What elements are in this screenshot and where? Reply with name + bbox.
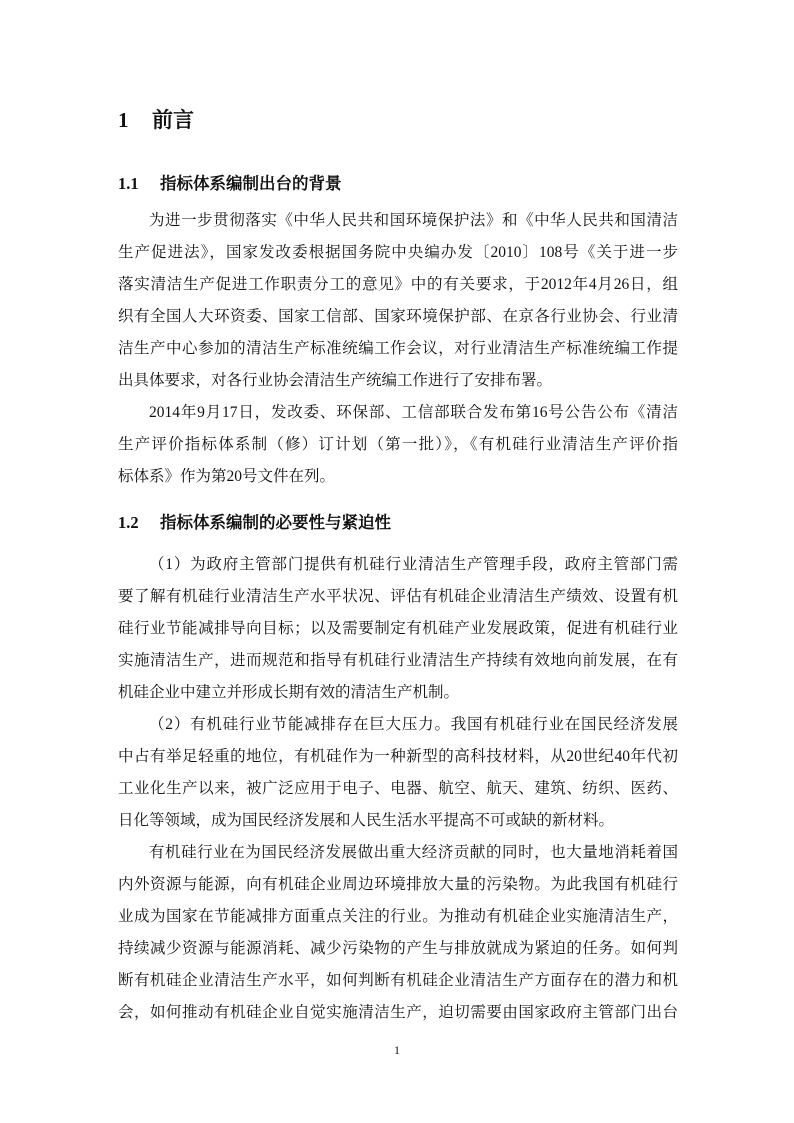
section-title: 指标体系编制出台的背景 bbox=[160, 174, 342, 193]
chapter-heading: 1前言 bbox=[118, 104, 194, 134]
text-line: 织有全国人大环资委、国家工信部、国家环境保护部、在京各行业协会、行业清 bbox=[118, 307, 678, 327]
text-line: （2）有机硅行业节能减排存在巨大压力。我国有机硅行业在国民经济发展 bbox=[149, 715, 678, 735]
section-number: 1.2 bbox=[118, 513, 160, 533]
text-line: 生产评价指标体系制（修）订计划（第一批）》，《有机硅行业清洁生产评价指 bbox=[118, 435, 678, 455]
text-line: 业成为国家在节能减排方面重点关注的行业。为推动有机硅企业实施清洁生产， bbox=[118, 907, 678, 927]
document-page: 1前言 1.1指标体系编制出台的背景 为进一步贯彻落实《中华人民共和国环境保护法… bbox=[0, 0, 794, 1123]
text-line: 生产促进法》，国家发改委根据国务院中央编办发〔2010〕108号《关于进一步 bbox=[118, 243, 678, 263]
chapter-number: 1 bbox=[118, 108, 152, 133]
text-line: 内外资源与能源，向有机硅企业周边环境排放大量的污染物。为此我国有机硅行 bbox=[118, 875, 678, 895]
text-line: 2014年9月17日，发改委、环保部、工信部联合发布第16号公告公布《清洁 bbox=[149, 403, 678, 423]
text-line: 中占有举足轻重的地位，有机硅作为一种新型的高科技材料，从20世纪40年代初 bbox=[118, 747, 678, 767]
text-line: 日化等领域，成为国民经济发展和人民生活水平提高不可或缺的新材料。 bbox=[118, 811, 678, 831]
text-line: 断有机硅企业清洁生产水平，如何判断有机硅企业清洁生产方面存在的潜力和机 bbox=[118, 971, 678, 991]
section-title: 指标体系编制的必要性与紧迫性 bbox=[160, 513, 391, 532]
text-line: 工业化生产以来，被广泛应用于电子、电器、航空、航天、建筑、纺织、医药、 bbox=[118, 779, 678, 799]
text-line: 要了解有机硅行业清洁生产水平状况、评估有机硅企业清洁生产绩效、设置有机 bbox=[118, 587, 678, 607]
section-number: 1.1 bbox=[118, 174, 160, 194]
text-line: 为进一步贯彻落实《中华人民共和国环境保护法》和《中华人民共和国清洁 bbox=[149, 211, 678, 231]
text-line: 出具体要求，对各行业协会清洁生产统编工作进行了安排布署。 bbox=[118, 371, 678, 391]
text-line: 落实清洁生产促进工作职责分工的意见》中的有关要求，于2012年4月26日，组 bbox=[118, 275, 678, 295]
text-line: （1）为政府主管部门提供有机硅行业清洁生产管理手段，政府主管部门需 bbox=[149, 555, 678, 575]
text-line: 会，如何推动有机硅企业自觉实施清洁生产，迫切需要由国家政府主管部门出台 bbox=[118, 1003, 678, 1023]
chapter-title: 前言 bbox=[152, 108, 194, 132]
text-line: 实施清洁生产，进而规范和指导有机硅行业清洁生产持续有效地向前发展，在有 bbox=[118, 651, 678, 671]
text-line: 有机硅行业在为国民经济发展做出重大经济贡献的同时，也大量地消耗着国 bbox=[149, 843, 678, 863]
text-line: 标体系》作为第20号文件在列。 bbox=[118, 467, 678, 487]
text-line: 持续减少资源与能源消耗、减少污染物的产生与排放就成为紧迫的任务。如何判 bbox=[118, 939, 678, 959]
page-number: 1 bbox=[0, 1043, 794, 1058]
section-heading-1-2: 1.2指标体系编制的必要性与紧迫性 bbox=[118, 509, 391, 533]
text-line: 洁生产中心参加的清洁生产标准统编工作会议，对行业清洁生产标准统编工作提 bbox=[118, 339, 678, 359]
section-heading-1-1: 1.1指标体系编制出台的背景 bbox=[118, 170, 342, 194]
text-line: 机硅企业中建立并形成长期有效的清洁生产机制。 bbox=[118, 683, 678, 703]
text-line: 硅行业节能减排导向目标；以及需要制定有机硅产业发展政策，促进有机硅行业 bbox=[118, 619, 678, 639]
